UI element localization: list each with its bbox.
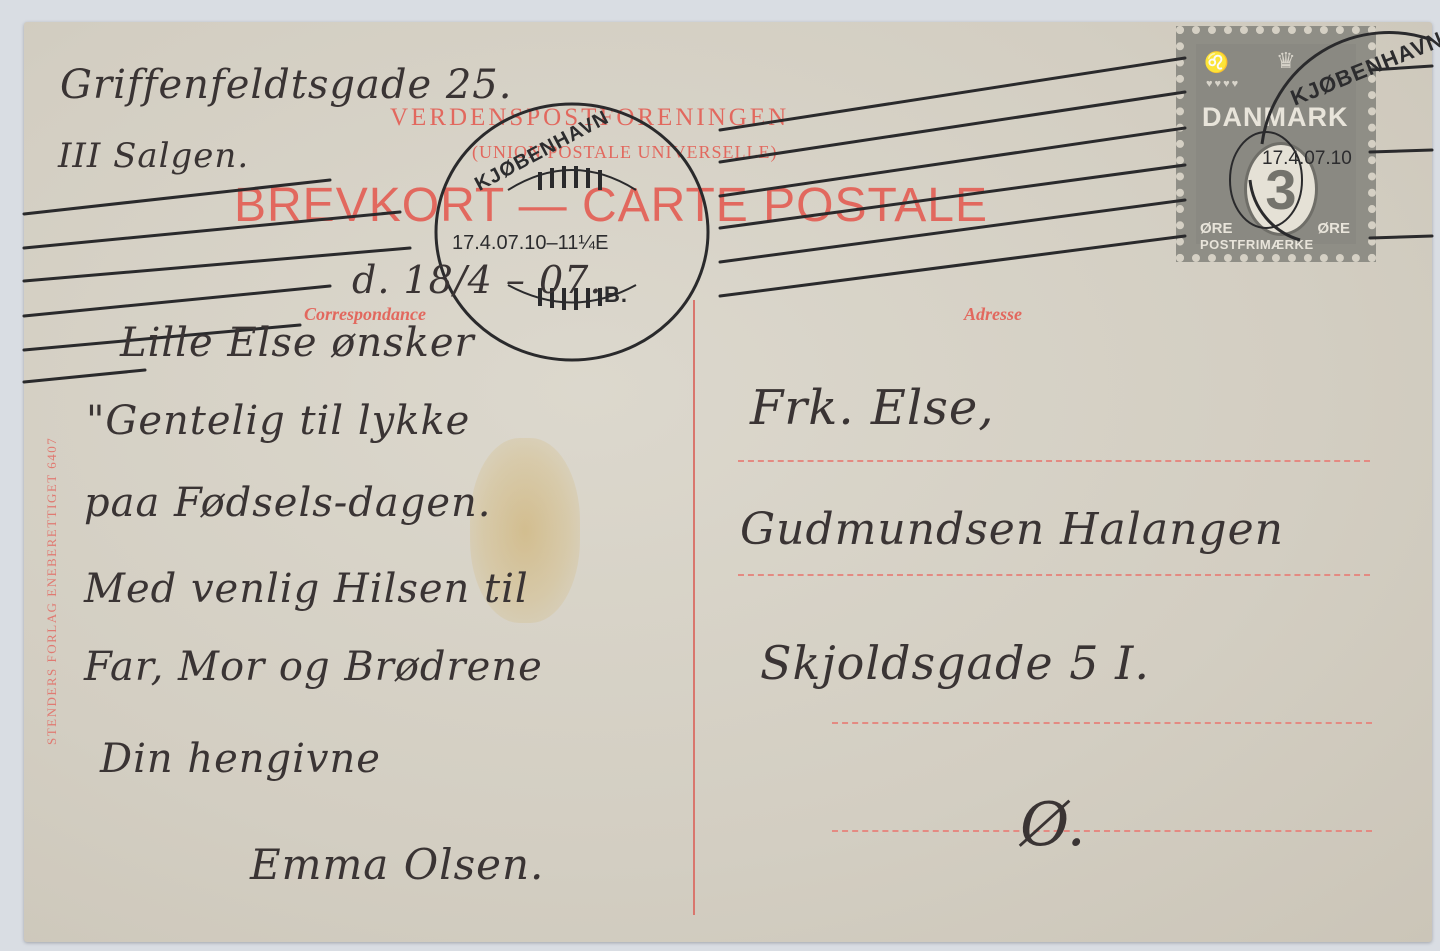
message-line-6: Din hengivne <box>100 736 381 782</box>
postmark-letter: B. <box>604 282 628 308</box>
message-line-2: "Gentelig til lykke <box>86 398 470 444</box>
recipient-line-1: Frk. Else, <box>750 380 995 436</box>
recipient-line-3: Skjoldsgade 5 I. <box>760 636 1150 690</box>
recipient-line-4: Ø. <box>1020 790 1087 860</box>
message-line-4: Med venlig Hilsen til <box>84 566 529 612</box>
sender-address-line1: Griffenfeldtsgade 25. <box>60 62 512 108</box>
recipient-line-2: Gudmundsen Halangen <box>740 504 1284 555</box>
postmark-date: 17.4.07.10–11¼E <box>452 232 608 255</box>
stamp-postmark-date: 17.4.07.10 <box>1262 148 1352 170</box>
message-line-5: Far, Mor og Brødrene <box>84 644 543 690</box>
letter-date: d. 18/4 – 07. <box>352 258 602 302</box>
message-line-1: Lille Else ønsker <box>120 320 475 366</box>
message-signature: Emma Olsen. <box>250 840 544 889</box>
sender-address-line2: III Salgen. <box>58 136 249 176</box>
message-line-3: paa Fødsels-dagen. <box>84 480 492 526</box>
